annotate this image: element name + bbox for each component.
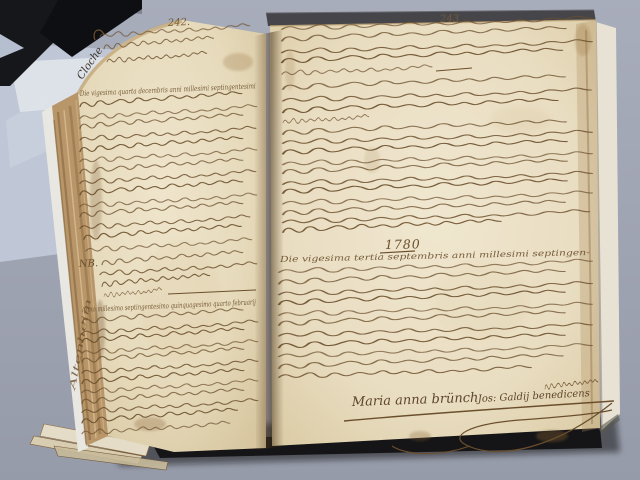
- year-heading-1780: 1780: [385, 236, 421, 252]
- right-page-number: 243: [439, 14, 459, 25]
- nb-label: NB.: [78, 258, 99, 270]
- manuscript-photo-canvas: 242. 243 Cloche Altenheim NB. Die vigesi…: [0, 0, 640, 480]
- gutter-fold: [254, 30, 284, 450]
- left-page-number: 242.: [167, 17, 191, 29]
- archive-photo: 242. 243 Cloche Altenheim NB. Die vigesi…: [0, 0, 640, 480]
